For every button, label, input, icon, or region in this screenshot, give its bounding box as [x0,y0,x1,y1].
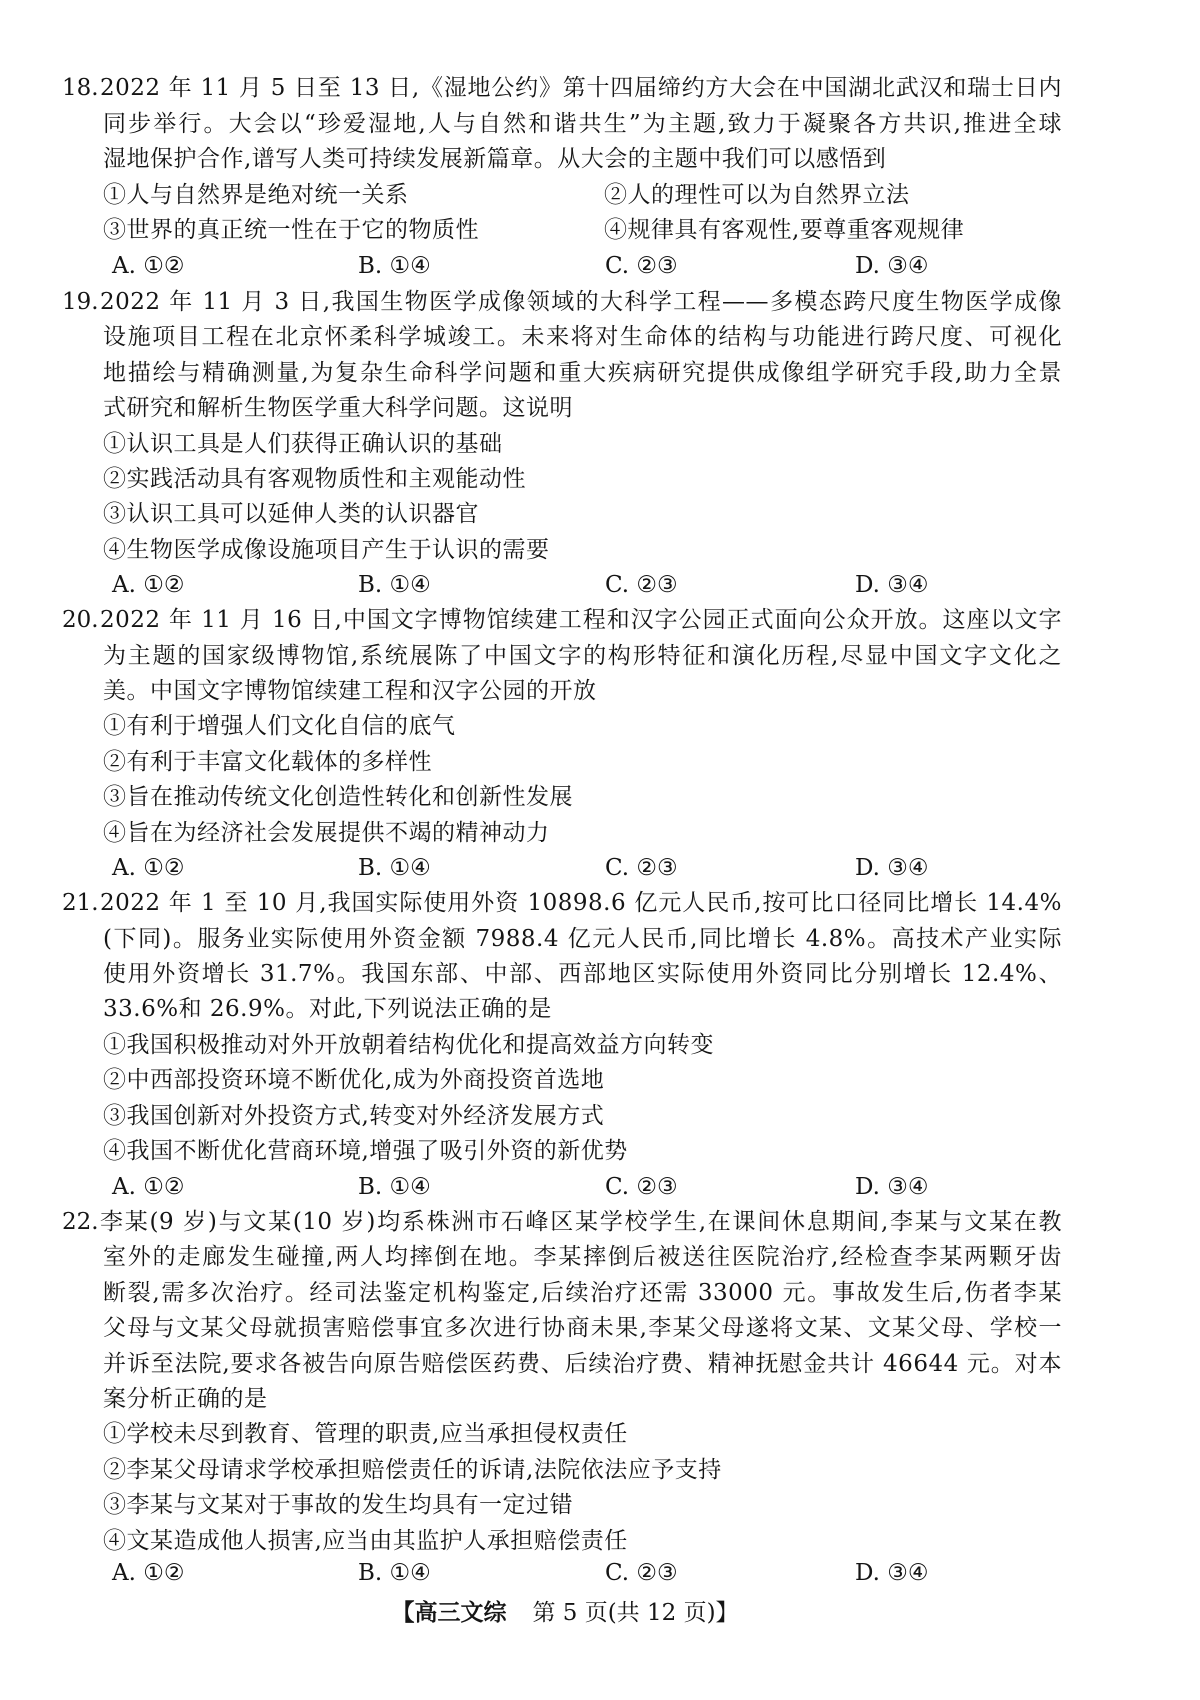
question-stem-line: 使用外资增长 31.7%。我国东部、中部、西部地区实际使用外资同比分别增长 12… [103,959,1062,989]
statement-option: ②有利于丰富文化载体的多样性 [103,747,432,777]
statement-option: ①我国积极推动对外开放朝着结构优化和提高效益方向转变 [103,1030,714,1060]
statement-option: ③李某与文某对于事故的发生均具有一定过错 [103,1490,573,1520]
statement-option: ③认识工具可以延伸人类的认识器官 [103,499,479,529]
question-stem-line: 设施项目工程在北京怀柔科学城竣工。未来将对生命体的结构与功能进行跨尺度、可视化 [103,322,1062,352]
statement-option: ②人的理性可以为自然界立法 [604,180,910,210]
answer-choice-d[interactable]: D. ③④ [855,1558,928,1588]
question-number: 19. [62,287,99,317]
answer-choice-c[interactable]: C. ②③ [605,251,678,281]
question-stem-line: 断裂,需多次治疗。经司法鉴定机构鉴定,后续治疗还需 33000 元。事故发生后,… [103,1278,1062,1308]
statement-option: ②李某父母请求学校承担赔偿责任的诉请,法院依法应予支持 [103,1455,722,1485]
question-stem-line: 33.6%和 26.9%。对此,下列说法正确的是 [103,994,552,1024]
statement-option: ③世界的真正统一性在于它的物质性 [103,215,479,245]
question-stem-line: 式研究和解析生物医学重大科学问题。这说明 [103,393,573,423]
question-stem-line: 地描绘与精确测量,为复杂生命科学问题和重大疾病研究提供成像组学研究手段,助力全景 [103,358,1062,388]
answer-choice-a[interactable]: A. ①② [112,853,184,883]
answer-choice-a[interactable]: A. ①② [112,1172,184,1202]
question-stem-line: 为主题的国家级博物馆,系统展陈了中国文字的构形特征和演化历程,尽显中国文字文化之 [103,641,1062,671]
statement-option: ①学校未尽到教育、管理的职责,应当承担侵权责任 [103,1419,628,1449]
statement-option: ②实践活动具有客观物质性和主观能动性 [103,464,526,494]
answer-choice-c[interactable]: C. ②③ [605,1558,678,1588]
question-stem-line: 同步举行。大会以“珍爱湿地,人与自然和谐共生”为主题,致力于凝聚各方共识,推进全… [103,109,1062,139]
question-stem-line: 李某(9 岁)与文某(10 岁)均系株洲市石峰区某学校学生,在课间休息期间,李某… [100,1207,1062,1237]
statement-option: ①有利于增强人们文化自信的底气 [103,711,456,741]
footer-page-info: 第 5 页(共 12 页)】 [532,1600,738,1626]
question-stem-line: 湿地保护合作,谱写人类可持续发展新篇章。从大会的主题中我们可以感悟到 [103,144,886,174]
answer-choice-d[interactable]: D. ③④ [855,570,928,600]
question-number: 22. [62,1207,99,1237]
question-stem-line: 并诉至法院,要求各被告向原告赔偿医药费、后续治疗费、精神抚慰金共计 46644 … [103,1349,1062,1379]
answer-choice-b[interactable]: B. ①④ [358,853,431,883]
page-footer: 【高三文综第 5 页(共 12 页)】 [0,1598,1130,1628]
answer-choice-b[interactable]: B. ①④ [358,251,431,281]
answer-choice-a[interactable]: A. ①② [112,570,184,600]
question-stem-line: 父母与文某父母就损害赔偿事宜多次进行协商未果,李某父母遂将文某、文某父母、学校一 [103,1313,1062,1343]
question-number: 20. [62,605,99,635]
answer-choice-a[interactable]: A. ①② [112,1558,184,1588]
question-number: 18. [62,73,99,103]
answer-choice-d[interactable]: D. ③④ [855,251,928,281]
exam-page: 18. 2022 年 11 月 5 日至 13 日,《湿地公约》第十四届缔约方大… [0,0,1200,1700]
answer-choice-a[interactable]: A. ①② [112,251,184,281]
question-stem-line: (下同)。服务业实际使用外资金额 7988.4 亿元人民币,同比增长 4.8%。… [103,924,1062,954]
question-stem-line: 2022 年 11 月 3 日,我国生物医学成像领域的大科学工程——多模态跨尺度… [100,287,1062,317]
answer-choice-d[interactable]: D. ③④ [855,1172,928,1202]
question-stem-line: 室外的走廊发生碰撞,两人均摔倒在地。李某摔倒后被送往医院治疗,经检查李某两颗牙齿 [103,1242,1062,1272]
answer-choice-b[interactable]: B. ①④ [358,1558,431,1588]
question-stem-line: 案分析正确的是 [103,1384,268,1414]
question-stem-line: 美。中国文字博物馆续建工程和汉字公园的开放 [103,676,597,706]
statement-option: ④我国不断优化营商环境,增强了吸引外资的新优势 [103,1136,628,1166]
footer-subject: 【高三文综 [391,1599,506,1626]
answer-choice-b[interactable]: B. ①④ [358,1172,431,1202]
statement-option: ④旨在为经济社会发展提供不竭的精神动力 [103,818,550,848]
question-stem-line: 2022 年 11 月 5 日至 13 日,《湿地公约》第十四届缔约方大会在中国… [100,73,1062,103]
answer-choice-c[interactable]: C. ②③ [605,570,678,600]
statement-option: ②中西部投资环境不断优化,成为外商投资首选地 [103,1065,604,1095]
statement-option: ①人与自然界是绝对统一关系 [103,180,409,210]
statement-option: ③我国创新对外投资方式,转变对外经济发展方式 [103,1101,604,1131]
question-number: 21. [62,888,99,918]
statement-option: ③旨在推动传统文化创造性转化和创新性发展 [103,782,573,812]
statement-option: ④生物医学成像设施项目产生于认识的需要 [103,535,550,565]
statement-option: ④文某造成他人损害,应当由其监护人承担赔偿责任 [103,1526,628,1556]
answer-choice-b[interactable]: B. ①④ [358,570,431,600]
answer-choice-c[interactable]: C. ②③ [605,1172,678,1202]
answer-choice-d[interactable]: D. ③④ [855,853,928,883]
question-stem-line: 2022 年 1 至 10 月,我国实际使用外资 10898.6 亿元人民币,按… [100,888,1062,918]
statement-option: ①认识工具是人们获得正确认识的基础 [103,429,503,459]
answer-choice-c[interactable]: C. ②③ [605,853,678,883]
statement-option: ④规律具有客观性,要尊重客观规律 [604,215,964,245]
question-stem-line: 2022 年 11 月 16 日,中国文字博物馆续建工程和汉字公园正式面向公众开… [100,605,1062,635]
